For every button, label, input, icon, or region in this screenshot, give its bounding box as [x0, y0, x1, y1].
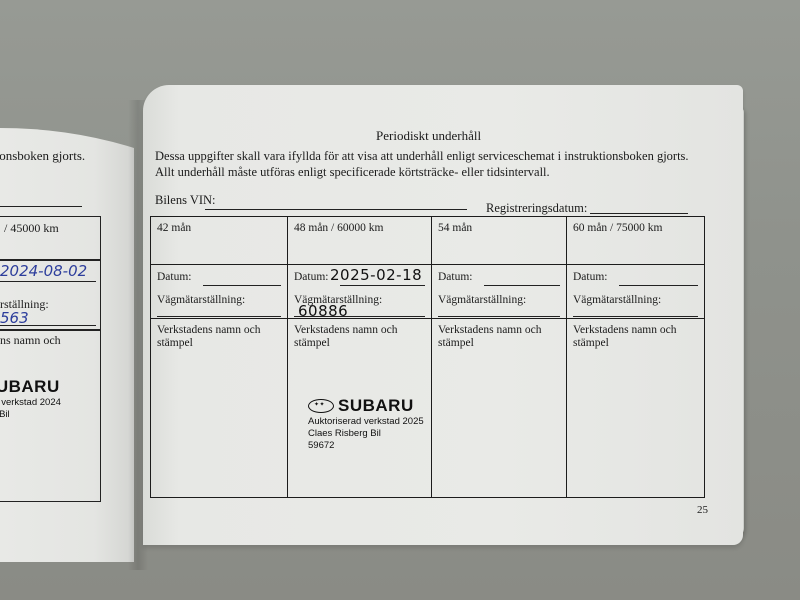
workshop-label: Verkstadens namn och stämpel — [438, 324, 558, 350]
datum-field[interactable] — [484, 285, 560, 286]
intro-line-2: Allt underhåll måste utföras enligt spec… — [155, 165, 550, 180]
page-title: Periodiskt underhåll — [376, 128, 481, 144]
registration-date-label: Registreringsdatum: — [486, 201, 587, 216]
interval-label: 60 mån / 75000 km — [573, 222, 662, 234]
interval-label: 42 mån — [157, 222, 191, 234]
vin-field[interactable] — [205, 209, 467, 210]
odometer-label: Vägmätarställning: — [573, 294, 661, 306]
odometer-handwritten-value: 60886 — [298, 302, 348, 320]
workshop-label: Verkstadens namn och stämpel — [573, 324, 693, 350]
left-page: tionsboken gjorts. / 45000 km 2024-08-02… — [0, 128, 134, 562]
left-workshop-stamp: SUBARU ad verkstad 2024 rg Bil — [0, 377, 61, 421]
odometer-field[interactable] — [438, 316, 560, 317]
datum-field[interactable] — [203, 285, 281, 286]
left-stamp-brand: SUBARU — [0, 377, 61, 397]
odometer-field[interactable] — [573, 316, 698, 317]
stamp-brand: SUBARU — [338, 396, 414, 416]
right-page: Periodiskt underhåll Dessa uppgifter ska… — [143, 85, 743, 545]
service-schedule-table: 42 mån 48 mån / 60000 km 54 mån 60 mån /… — [150, 216, 705, 498]
datum-label: Datum: — [157, 271, 192, 283]
workshop-stamp-48[interactable]: Verkstadens namn och stämpel SUBARU Aukt… — [288, 319, 432, 497]
workshop-label: Verkstadens namn och stämpel — [157, 324, 277, 350]
left-service-table: / 45000 km 2024-08-02 rställning: 563 ns… — [0, 216, 101, 502]
intro-line-1: Dessa uppgifter skall vara ifyllda för a… — [155, 149, 689, 164]
left-datum-handwritten: 2024-08-02 — [0, 262, 87, 280]
left-datum-underline — [0, 281, 96, 282]
page-number: 25 — [697, 504, 708, 516]
service-entry-42[interactable]: Datum: Vägmätarställning: — [151, 265, 288, 319]
workshop-label: Verkstadens namn och stämpel — [294, 324, 414, 350]
left-intro-fragment: tionsboken gjorts. — [0, 148, 85, 164]
datum-field[interactable] — [619, 285, 698, 286]
subaru-logo-icon — [308, 399, 334, 413]
interval-header-48: 48 mån / 60000 km — [288, 217, 432, 265]
interval-header-60: 60 mån / 75000 km — [567, 217, 704, 265]
workshop-stamp-54[interactable]: Verkstadens namn och stämpel — [432, 319, 567, 497]
left-row-divider — [0, 259, 100, 261]
stamp-line-dealer: Claes Risberg Bil — [308, 428, 424, 440]
interval-label: 48 mån / 60000 km — [294, 222, 383, 234]
stamp-line-number: 59672 — [308, 440, 424, 452]
odometer-label: Vägmätarställning: — [157, 294, 245, 306]
left-odometer-underline — [0, 325, 96, 326]
datum-label: Datum: — [438, 271, 473, 283]
left-workshop-label: ns namn och — [0, 333, 61, 348]
interval-label: 54 mån — [438, 222, 472, 234]
left-vin-underline — [0, 206, 82, 207]
service-entry-48[interactable]: Datum: 2025-02-18 Vägmätarställning: 608… — [288, 265, 432, 319]
subaru-dealer-stamp: SUBARU Auktoriserad verkstad 2025 Claes … — [308, 396, 424, 452]
odometer-field[interactable] — [157, 316, 281, 317]
odometer-field[interactable] — [294, 316, 425, 317]
service-entry-60[interactable]: Datum: Vägmätarställning: — [567, 265, 704, 319]
workshop-stamp-42[interactable]: Verkstadens namn och stämpel — [151, 319, 288, 497]
datum-field[interactable] — [340, 285, 425, 286]
vin-label: Bilens VIN: — [155, 193, 216, 208]
datum-handwritten-value: 2025-02-18 — [330, 266, 422, 284]
datum-label: Datum: — [294, 271, 329, 283]
left-stamp-line2: rg Bil — [0, 409, 61, 421]
odometer-label: Vägmätarställning: — [438, 294, 526, 306]
left-row-divider-2 — [0, 329, 100, 331]
service-entry-54[interactable]: Datum: Vägmätarställning: — [432, 265, 567, 319]
workshop-stamp-60[interactable]: Verkstadens namn och stämpel — [567, 319, 704, 497]
stamp-line-authorized: Auktoriserad verkstad 2025 — [308, 416, 424, 428]
registration-date-field[interactable] — [590, 213, 688, 214]
left-interval-label: / 45000 km — [4, 221, 59, 236]
datum-label: Datum: — [573, 271, 608, 283]
left-stamp-line1: ad verkstad 2024 — [0, 397, 61, 409]
interval-header-42: 42 mån — [151, 217, 288, 265]
interval-header-54: 54 mån — [432, 217, 567, 265]
